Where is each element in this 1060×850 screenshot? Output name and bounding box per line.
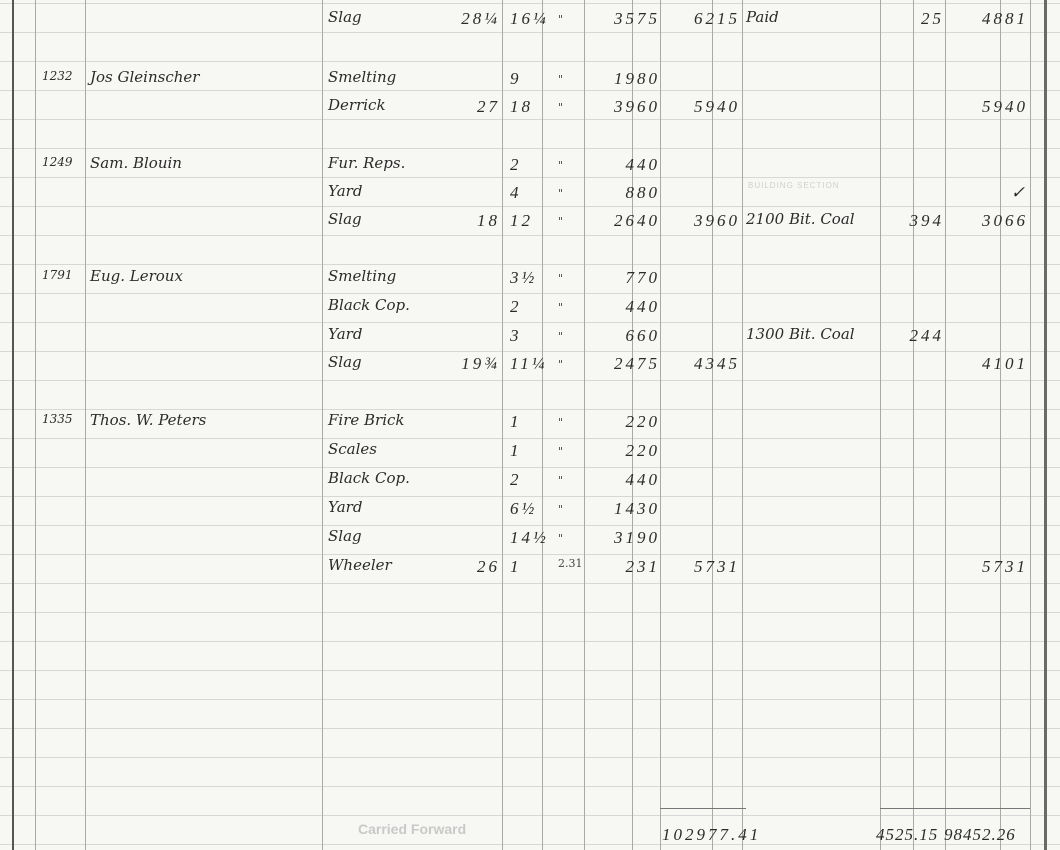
cell-balance: ✓ — [1011, 184, 1028, 201]
cell-name: Jos Gleinscher — [90, 70, 199, 85]
ruled-line — [0, 3, 1060, 4]
cell-ditto: " — [558, 359, 563, 370]
cell-c: 244 — [910, 327, 945, 344]
column-line — [35, 0, 36, 850]
ruled-line — [0, 438, 1060, 439]
cell-item: Wheeler — [328, 558, 392, 573]
cell-acct: 1335 — [42, 413, 73, 425]
cell-ditto: 2.31 — [558, 558, 583, 569]
ruled-line — [0, 525, 1060, 526]
cell-b: 18 — [510, 98, 533, 115]
ruled-line — [0, 148, 1060, 149]
column-line — [880, 0, 881, 850]
column-line — [1000, 0, 1001, 850]
cell-ditto: " — [558, 273, 563, 284]
cell-amount: 440 — [626, 156, 661, 173]
column-line — [322, 0, 323, 850]
faint-header: BUILDING SECTION — [748, 181, 840, 190]
cell-a: 19¾ — [461, 355, 500, 372]
ruled-line — [0, 264, 1060, 265]
cell-note: 2100 Bit. Coal — [746, 212, 855, 227]
cell-ditto: " — [558, 160, 563, 171]
cell-item: Slag — [328, 355, 362, 370]
cell-item: Black Cop. — [328, 298, 410, 313]
cell-a: 26 — [477, 558, 500, 575]
cell-balance: 3066 — [982, 212, 1028, 229]
column-line — [742, 0, 743, 850]
column-line — [1044, 0, 1047, 850]
column-line — [12, 0, 14, 850]
cell-item: Slag — [328, 10, 362, 25]
cell-ditto: " — [558, 302, 563, 313]
ruled-line — [0, 757, 1060, 758]
carried-forward-label: Carried Forward — [358, 821, 466, 837]
column-line — [913, 0, 914, 850]
cell-amount: 2475 — [614, 355, 660, 372]
cell-item: Yard — [328, 184, 362, 199]
ruled-line — [0, 815, 1060, 816]
ruled-line — [0, 351, 1060, 352]
ruled-line — [0, 844, 1060, 845]
column-line — [660, 0, 661, 850]
cell-ditto: " — [558, 188, 563, 199]
ruled-line — [0, 409, 1060, 410]
cell-total: 5940 — [694, 98, 740, 115]
ruled-line — [0, 786, 1060, 787]
cell-amount: 440 — [626, 471, 661, 488]
cell-note: Paid — [746, 10, 779, 25]
cell-item: Derrick — [328, 98, 386, 113]
ruled-line — [0, 670, 1060, 671]
cell-b: 3 — [510, 327, 522, 344]
cell-total: 3960 — [694, 212, 740, 229]
ledger-page: Slag28¼16¼"35756215Paid2548811232Jos Gle… — [0, 0, 1060, 850]
cell-b: 11¼ — [510, 355, 548, 372]
cell-ditto: " — [558, 216, 563, 227]
cell-ditto: " — [558, 504, 563, 515]
cell-b: 1 — [510, 558, 522, 575]
cell-name: Thos. W. Peters — [90, 413, 206, 428]
cell-b: 1 — [510, 413, 522, 430]
column-line — [584, 0, 585, 850]
cell-c: 394 — [910, 212, 945, 229]
cell-ditto: " — [558, 475, 563, 486]
cell-ditto: " — [558, 533, 563, 544]
cell-amount: 2640 — [614, 212, 660, 229]
ruled-line — [0, 235, 1060, 236]
ruled-line — [0, 61, 1060, 62]
total-rule — [660, 808, 746, 809]
cell-amount: 3190 — [614, 529, 660, 546]
column-line — [712, 0, 713, 850]
cell-b: 14½ — [510, 529, 549, 546]
balance-total-rule — [880, 808, 1030, 809]
cell-total: 4345 — [694, 355, 740, 372]
column-line — [502, 0, 503, 850]
c-total: 4525.15 — [876, 826, 938, 843]
cell-a: 27 — [477, 98, 500, 115]
cell-balance: 4881 — [982, 10, 1028, 27]
column-line — [85, 0, 86, 850]
cell-b: 3½ — [510, 269, 537, 286]
cell-b: 2 — [510, 298, 522, 315]
cell-amount: 770 — [626, 269, 661, 286]
ruled-line — [0, 90, 1060, 91]
cell-acct: 1791 — [42, 269, 73, 281]
cell-b: 4 — [510, 184, 522, 201]
cell-ditto: " — [558, 102, 563, 113]
ruled-line — [0, 177, 1060, 178]
cell-amount: 3575 — [614, 10, 660, 27]
cell-b: 12 — [510, 212, 533, 229]
cell-note: 1300 Bit. Coal — [746, 327, 855, 342]
cell-amount: 1430 — [614, 500, 660, 517]
cell-b: 6½ — [510, 500, 537, 517]
cell-total: 6215 — [694, 10, 740, 27]
column-line — [1030, 0, 1031, 850]
cell-ditto: " — [558, 446, 563, 457]
ruled-line — [0, 554, 1060, 555]
cell-amount: 231 — [626, 558, 661, 575]
ruled-line — [0, 496, 1060, 497]
cell-amount: 880 — [626, 184, 661, 201]
cell-ditto: " — [558, 14, 563, 25]
ruled-line — [0, 612, 1060, 613]
cell-item: Yard — [328, 327, 362, 342]
cell-name: Sam. Blouin — [90, 156, 182, 171]
ruled-line — [0, 583, 1060, 584]
cell-item: Yard — [328, 500, 362, 515]
cell-a: 28¼ — [461, 10, 500, 27]
cell-amount: 220 — [626, 413, 661, 430]
cell-balance: 5731 — [982, 558, 1028, 575]
ruled-line — [0, 728, 1060, 729]
cell-amount: 440 — [626, 298, 661, 315]
cell-b: 9 — [510, 70, 522, 87]
column-line — [542, 0, 543, 850]
ruled-line — [0, 380, 1060, 381]
cell-amount: 1980 — [614, 70, 660, 87]
cell-item: Fur. Reps. — [328, 156, 405, 171]
ruled-line — [0, 293, 1060, 294]
cell-item: Black Cop. — [328, 471, 410, 486]
ruled-line — [0, 322, 1060, 323]
balance-total: 98452.26 — [944, 826, 1016, 843]
cell-amount: 3960 — [614, 98, 660, 115]
ruled-line — [0, 467, 1060, 468]
cell-ditto: " — [558, 74, 563, 85]
cell-acct: 1249 — [42, 156, 73, 168]
grand-total: 102977.41 — [662, 826, 761, 843]
cell-item: Smelting — [328, 70, 396, 85]
cell-ditto: " — [558, 331, 563, 342]
cell-b: 1 — [510, 442, 522, 459]
cell-item: Fire Brick — [328, 413, 405, 428]
cell-total: 5731 — [694, 558, 740, 575]
cell-b: 16¼ — [510, 10, 549, 27]
cell-a: 18 — [477, 212, 500, 229]
ruled-line — [0, 699, 1060, 700]
cell-acct: 1232 — [42, 70, 73, 82]
cell-amount: 220 — [626, 442, 661, 459]
cell-item: Scales — [328, 442, 377, 457]
cell-ditto: " — [558, 417, 563, 428]
ruled-line — [0, 641, 1060, 642]
column-line — [945, 0, 946, 850]
cell-b: 2 — [510, 471, 522, 488]
cell-name: Eug. Leroux — [90, 269, 183, 284]
cell-balance: 5940 — [982, 98, 1028, 115]
ruled-line — [0, 32, 1060, 33]
cell-b: 2 — [510, 156, 522, 173]
cell-balance: 4101 — [982, 355, 1028, 372]
cell-item: Slag — [328, 212, 362, 227]
cell-amount: 660 — [626, 327, 661, 344]
ruled-line — [0, 119, 1060, 120]
cell-c: 25 — [921, 10, 944, 27]
ruled-line — [0, 206, 1060, 207]
cell-item: Smelting — [328, 269, 396, 284]
cell-item: Slag — [328, 529, 362, 544]
